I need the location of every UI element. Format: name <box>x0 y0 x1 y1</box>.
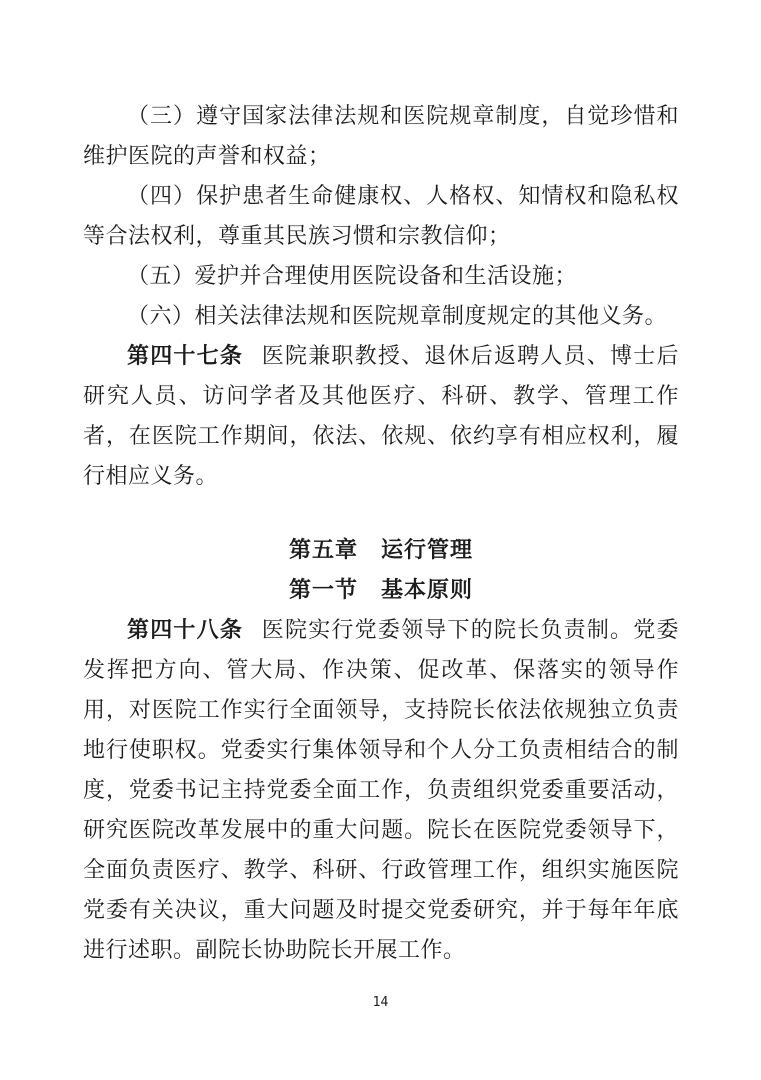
section-heading: 第一节 基本原则 <box>83 570 679 610</box>
clause-item-3: （三）遵守国家法律法规和医院规章制度，自觉珍惜和维护医院的声誉和权益； <box>83 96 679 176</box>
article-47-paragraph: 第四十七条医院兼职教授、退休后返聘人员、博士后研究人员、访问学者及其他医疗、科研… <box>83 336 679 496</box>
article-47-term: 第四十七条 <box>127 343 243 368</box>
page-number: 14 <box>0 995 761 1010</box>
document-page: （三）遵守国家法律法规和医院规章制度，自觉珍惜和维护医院的声誉和权益； （四）保… <box>0 0 761 1080</box>
clause-item-6: （六）相关法律法规和医院规章制度规定的其他义务。 <box>83 296 679 336</box>
article-48-term: 第四十八条 <box>127 617 243 642</box>
clause-item-5: （五）爱护并合理使用医院设备和生活设施； <box>83 256 679 296</box>
article-48-text: 医院实行党委领导下的院长负责制。党委发挥把方向、管大局、作决策、促改革、保落实的… <box>83 617 679 962</box>
chapter-heading: 第五章 运行管理 <box>83 530 679 570</box>
clause-item-4: （四）保护患者生命健康权、人格权、知情权和隐私权等合法权利，尊重其民族习惯和宗教… <box>83 176 679 256</box>
article-48-paragraph: 第四十八条医院实行党委领导下的院长负责制。党委发挥把方向、管大局、作决策、促改革… <box>83 610 679 970</box>
document-content: （三）遵守国家法律法规和医院规章制度，自觉珍惜和维护医院的声誉和权益； （四）保… <box>83 96 679 970</box>
